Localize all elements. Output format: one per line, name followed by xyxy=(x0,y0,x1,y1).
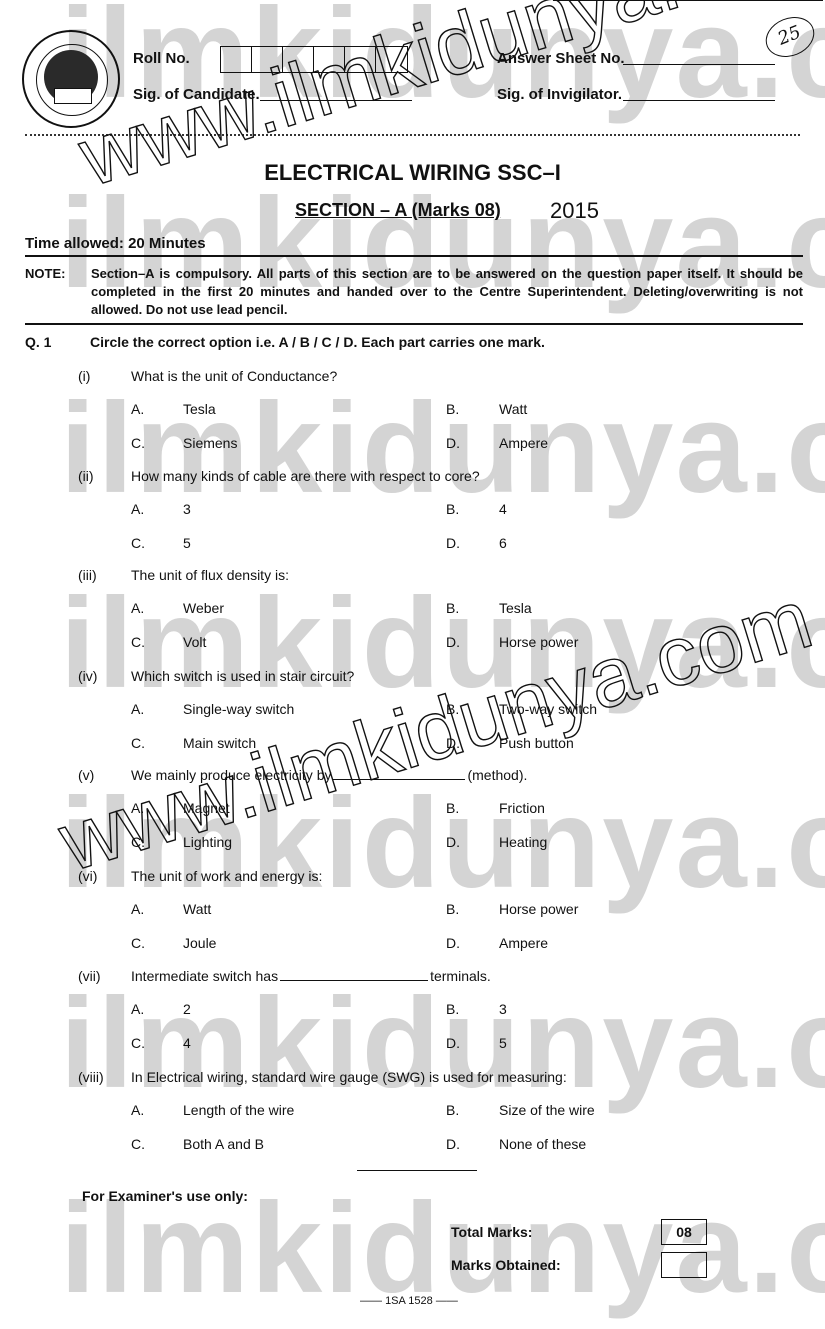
option-key[interactable]: B. xyxy=(446,1102,459,1118)
question-stem: Intermediate switch has xyxy=(131,968,278,984)
question-instruction: Circle the correct option i.e. A / B / C… xyxy=(90,334,545,350)
option-text[interactable]: Size of the wire xyxy=(499,1102,595,1118)
footer-code: —— 1SA 1528 —— xyxy=(360,1295,458,1307)
option-text[interactable]: 3 xyxy=(183,501,191,517)
question-text: What is the unit of Conductance? xyxy=(131,368,337,384)
option-text[interactable]: 5 xyxy=(499,1035,507,1051)
question-stem: The unit of work and energy is: xyxy=(131,868,322,884)
marks-obtained-box[interactable] xyxy=(661,1252,707,1278)
option-text[interactable]: Watt xyxy=(499,401,527,417)
watermark-row: ilmkidunya.com xyxy=(60,385,825,513)
option-text[interactable]: 4 xyxy=(499,501,507,517)
option-key[interactable]: D. xyxy=(446,535,460,551)
question-text: The unit of work and energy is: xyxy=(131,868,322,884)
option-key[interactable]: D. xyxy=(446,1035,460,1051)
option-key[interactable]: C. xyxy=(131,1136,145,1152)
option-key[interactable]: D. xyxy=(446,834,460,850)
option-text[interactable]: Length of the wire xyxy=(183,1102,294,1118)
question-tail: (method). xyxy=(467,767,527,783)
end-rule xyxy=(357,1170,477,1171)
question-stem: In Electrical wiring, standard wire gaug… xyxy=(131,1069,567,1085)
option-key[interactable]: D. xyxy=(446,435,460,451)
option-text[interactable]: Siemens xyxy=(183,435,237,451)
option-key[interactable]: B. xyxy=(446,1001,459,1017)
question-stem: Which switch is used in stair circuit? xyxy=(131,668,354,684)
option-text[interactable]: Weber xyxy=(183,600,224,616)
exam-year: 2015 xyxy=(550,198,599,224)
note-label: NOTE: xyxy=(25,265,65,283)
option-text[interactable]: Single-way switch xyxy=(183,701,294,717)
option-text[interactable]: 5 xyxy=(183,535,191,551)
rule xyxy=(25,255,803,257)
total-marks-box: 08 xyxy=(661,1219,707,1245)
book-icon xyxy=(54,88,92,104)
footer-dash-left: —— xyxy=(360,1295,385,1307)
option-key[interactable]: C. xyxy=(131,735,145,751)
option-text[interactable]: Friction xyxy=(499,800,545,816)
option-key[interactable]: B. xyxy=(446,401,459,417)
option-text[interactable]: None of these xyxy=(499,1136,586,1152)
part-number: (iii) xyxy=(78,567,97,583)
option-key[interactable]: A. xyxy=(131,901,144,917)
option-text[interactable]: 6 xyxy=(499,535,507,551)
part-number: (viii) xyxy=(78,1069,104,1085)
answer-sheet-field[interactable] xyxy=(623,64,775,65)
option-key[interactable]: B. xyxy=(446,800,459,816)
option-key[interactable]: A. xyxy=(131,501,144,517)
question-stem: How many kinds of cable are there with r… xyxy=(131,468,480,484)
marks-obtained-label: Marks Obtained: xyxy=(451,1257,561,1273)
option-key[interactable]: C. xyxy=(131,1035,145,1051)
option-text[interactable]: Both A and B xyxy=(183,1136,264,1152)
examiner-label: For Examiner's use only: xyxy=(82,1188,248,1204)
question-text: The unit of flux density is: xyxy=(131,567,289,583)
section-title: SECTION – A (Marks 08) xyxy=(295,200,501,221)
part-number: (iv) xyxy=(78,668,97,684)
question-stem: What is the unit of Conductance? xyxy=(131,368,337,384)
option-key[interactable]: C. xyxy=(131,535,145,551)
fill-in-blank[interactable] xyxy=(280,968,428,981)
roll-no-label: Roll No. xyxy=(133,50,190,67)
option-text[interactable]: Ampere xyxy=(499,435,548,451)
option-key[interactable]: A. xyxy=(131,401,144,417)
option-text[interactable]: 4 xyxy=(183,1035,191,1051)
footer-code-text: 1SA 1528 xyxy=(385,1295,433,1307)
option-key[interactable]: B. xyxy=(446,901,459,917)
total-marks-label: Total Marks: xyxy=(451,1224,532,1240)
part-number: (ii) xyxy=(78,468,94,484)
option-text[interactable]: Tesla xyxy=(183,401,216,417)
question-text: Intermediate switch hasterminals. xyxy=(131,968,491,984)
option-text[interactable]: Joule xyxy=(183,935,216,951)
option-key[interactable]: A. xyxy=(131,701,144,717)
question-text: Which switch is used in stair circuit? xyxy=(131,668,354,684)
question-stem: The unit of flux density is: xyxy=(131,567,289,583)
rule xyxy=(25,323,803,325)
sig-invigilator-label: Sig. of Invigilator. xyxy=(497,86,622,103)
option-text[interactable]: Watt xyxy=(183,901,211,917)
option-key[interactable]: B. xyxy=(446,501,459,517)
option-text[interactable]: 2 xyxy=(183,1001,191,1017)
option-key[interactable]: D. xyxy=(446,634,460,650)
option-key[interactable]: A. xyxy=(131,1001,144,1017)
option-text[interactable]: Tesla xyxy=(499,600,532,616)
part-number: (i) xyxy=(78,368,90,384)
watermark-row: ilmkidunya.com xyxy=(60,980,825,1108)
watermark-row: ilmkidunya.com xyxy=(60,1185,825,1313)
option-key[interactable]: A. xyxy=(131,1102,144,1118)
footer-dash-right: —— xyxy=(433,1295,458,1307)
option-key[interactable]: B. xyxy=(446,600,459,616)
question-text: In Electrical wiring, standard wire gaug… xyxy=(131,1069,567,1085)
option-text[interactable]: Horse power xyxy=(499,901,578,917)
question-number: Q. 1 xyxy=(25,334,51,350)
sig-invigilator-field[interactable] xyxy=(623,100,775,101)
option-text[interactable]: Volt xyxy=(183,634,206,650)
part-number: (vii) xyxy=(78,968,101,984)
option-key[interactable]: D. xyxy=(446,1136,460,1152)
option-key[interactable]: C. xyxy=(131,935,145,951)
option-text[interactable]: Heating xyxy=(499,834,547,850)
question-text: How many kinds of cable are there with r… xyxy=(131,468,480,484)
option-text[interactable]: 3 xyxy=(499,1001,507,1017)
option-text[interactable]: Ampere xyxy=(499,935,548,951)
time-allowed: Time allowed: 20 Minutes xyxy=(25,235,206,252)
option-key[interactable]: D. xyxy=(446,935,460,951)
option-key[interactable]: A. xyxy=(131,600,144,616)
question-tail: terminals. xyxy=(430,968,491,984)
option-key[interactable]: C. xyxy=(131,634,145,650)
note-text: Section–A is compulsory. All parts of th… xyxy=(91,265,803,319)
part-number: (v) xyxy=(78,767,94,783)
option-key[interactable]: C. xyxy=(131,435,145,451)
